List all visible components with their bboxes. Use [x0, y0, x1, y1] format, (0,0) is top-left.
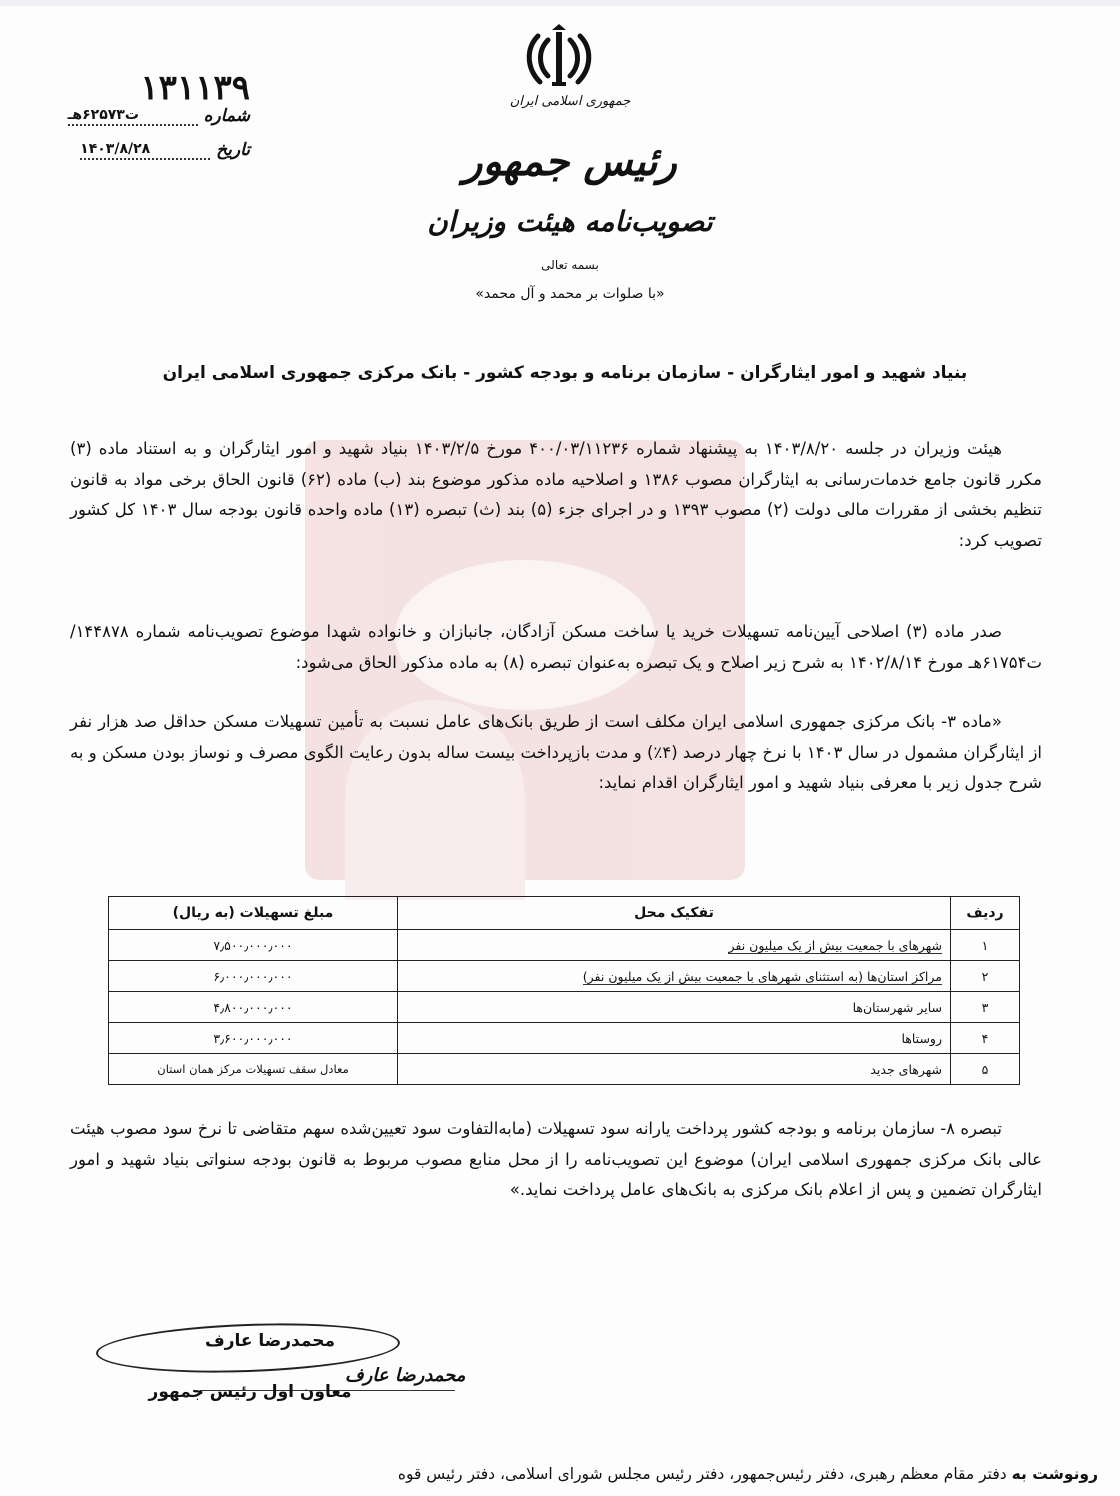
- number-label: شماره: [204, 106, 250, 126]
- cc-text: دفتر مقام معظم رهبری، دفتر رئیس‌جمهور، د…: [398, 1465, 1007, 1483]
- office-title: رئیس جمهور: [400, 138, 740, 185]
- loan-table: ردیف تفکیک محل مبلغ تسهیلات (به ریال) ۱ …: [108, 896, 1020, 1085]
- location-text: روستاها: [901, 1031, 942, 1046]
- iran-emblem-icon: [524, 24, 594, 90]
- cell-row: ۳: [951, 992, 1020, 1023]
- table-header-row: ردیف تفکیک محل مبلغ تسهیلات (به ریال): [109, 897, 1020, 930]
- cell-amount: ۶٫۰۰۰٫۰۰۰٫۰۰۰: [109, 961, 398, 992]
- cc-label: رونوشت به: [1012, 1465, 1098, 1483]
- header-row-number: ردیف: [951, 897, 1020, 930]
- cell-row: ۱: [951, 930, 1020, 961]
- cell-location: شهرهای جدید: [398, 1054, 951, 1085]
- cell-amount: معادل سقف تسهیلات مرکز همان استان: [109, 1054, 398, 1085]
- basmala: بسمه تعالی: [400, 258, 740, 272]
- number-value: ت۶۲۵۷۳هـ: [68, 107, 198, 126]
- paragraph-text: تبصره ۸- سازمان برنامه و بودجه کشور پردا…: [70, 1114, 1042, 1206]
- location-text: شهرهای با جمعیت بیش از یک میلیون نفر: [728, 938, 942, 954]
- date-value: ۱۴۰۳/۸/۲۸: [80, 141, 210, 160]
- paragraph-text: صدر ماده (۳) اصلاحی آیین‌نامه تسهیلات خر…: [70, 617, 1042, 678]
- table-row: ۵ شهرهای جدید معادل سقف تسهیلات مرکز هما…: [109, 1054, 1020, 1085]
- reference-number: ۱۳۱۱۳۹: [140, 68, 250, 108]
- paragraph-note-8: تبصره ۸- سازمان برنامه و بودجه کشور پردا…: [70, 1114, 1042, 1206]
- signer-name: محمدرضا عارف: [180, 1331, 360, 1351]
- location-text: سایر شهرستان‌ها: [853, 1000, 942, 1015]
- header-amount: مبلغ تسهیلات (به ریال): [109, 897, 398, 930]
- cell-location: روستاها: [398, 1023, 951, 1054]
- table-row: ۲ مراکز استان‌ها (به استثنای شهرهای با ج…: [109, 961, 1020, 992]
- location-text: مراکز استان‌ها (به استثنای شهرهای با جمع…: [583, 969, 942, 985]
- paragraph-amendment: صدر ماده (۳) اصلاحی آیین‌نامه تسهیلات خر…: [70, 617, 1042, 678]
- signer-title: معاون اول رئیس جمهور: [140, 1382, 360, 1402]
- cell-amount: ۷٫۵۰۰٫۰۰۰٫۰۰۰: [109, 930, 398, 961]
- country-name: جمهوری اسلامی ایران: [400, 94, 740, 109]
- table-row: ۳ سایر شهرستان‌ها ۴٫۸۰۰٫۰۰۰٫۰۰۰: [109, 992, 1020, 1023]
- date-row: تاریخ ۱۴۰۳/۸/۲۸: [80, 140, 250, 160]
- addressees: بنیاد شهید و امور ایثارگران - سازمان برن…: [140, 363, 990, 383]
- table-row: ۴ روستاها ۳٫۶۰۰٫۰۰۰٫۰۰۰: [109, 1023, 1020, 1054]
- handwritten-signature: محمدرضا عارف: [345, 1365, 465, 1386]
- location-text: شهرهای جدید: [870, 1062, 942, 1077]
- cell-location: مراکز استان‌ها (به استثنای شهرهای با جمع…: [398, 961, 951, 992]
- table-row: ۱ شهرهای با جمعیت بیش از یک میلیون نفر ۷…: [109, 930, 1020, 961]
- cell-row: ۴: [951, 1023, 1020, 1054]
- carbon-copy: رونوشت به دفتر مقام معظم رهبری، دفتر رئی…: [30, 1460, 1098, 1488]
- paragraph-text: «ماده ۳- بانک مرکزی جمهوری اسلامی ایران …: [70, 707, 1042, 799]
- cell-amount: ۳٫۶۰۰٫۰۰۰٫۰۰۰: [109, 1023, 398, 1054]
- cell-row: ۵: [951, 1054, 1020, 1085]
- cell-row: ۲: [951, 961, 1020, 992]
- number-row: شماره ت۶۲۵۷۳هـ: [68, 106, 250, 126]
- header-location: تفکیک محل: [398, 897, 951, 930]
- paragraph-text: هیئت وزیران در جلسه ۱۴۰۳/۸/۲۰ به پیشنهاد…: [70, 434, 1042, 556]
- top-strip: [0, 0, 1120, 6]
- cell-location: سایر شهرستان‌ها: [398, 992, 951, 1023]
- cell-location: شهرهای با جمعیت بیش از یک میلیون نفر: [398, 930, 951, 961]
- salawat: «با صلوات بر محمد و آل محمد»: [400, 286, 740, 302]
- cell-amount: ۴٫۸۰۰٫۰۰۰٫۰۰۰: [109, 992, 398, 1023]
- paragraph-article-3: «ماده ۳- بانک مرکزی جمهوری اسلامی ایران …: [70, 707, 1042, 799]
- paragraph-preamble: هیئت وزیران در جلسه ۱۴۰۳/۸/۲۰ به پیشنهاد…: [70, 434, 1042, 556]
- document-type: تصویب‌نامه هیئت وزیران: [400, 205, 740, 238]
- date-label: تاریخ: [216, 140, 250, 160]
